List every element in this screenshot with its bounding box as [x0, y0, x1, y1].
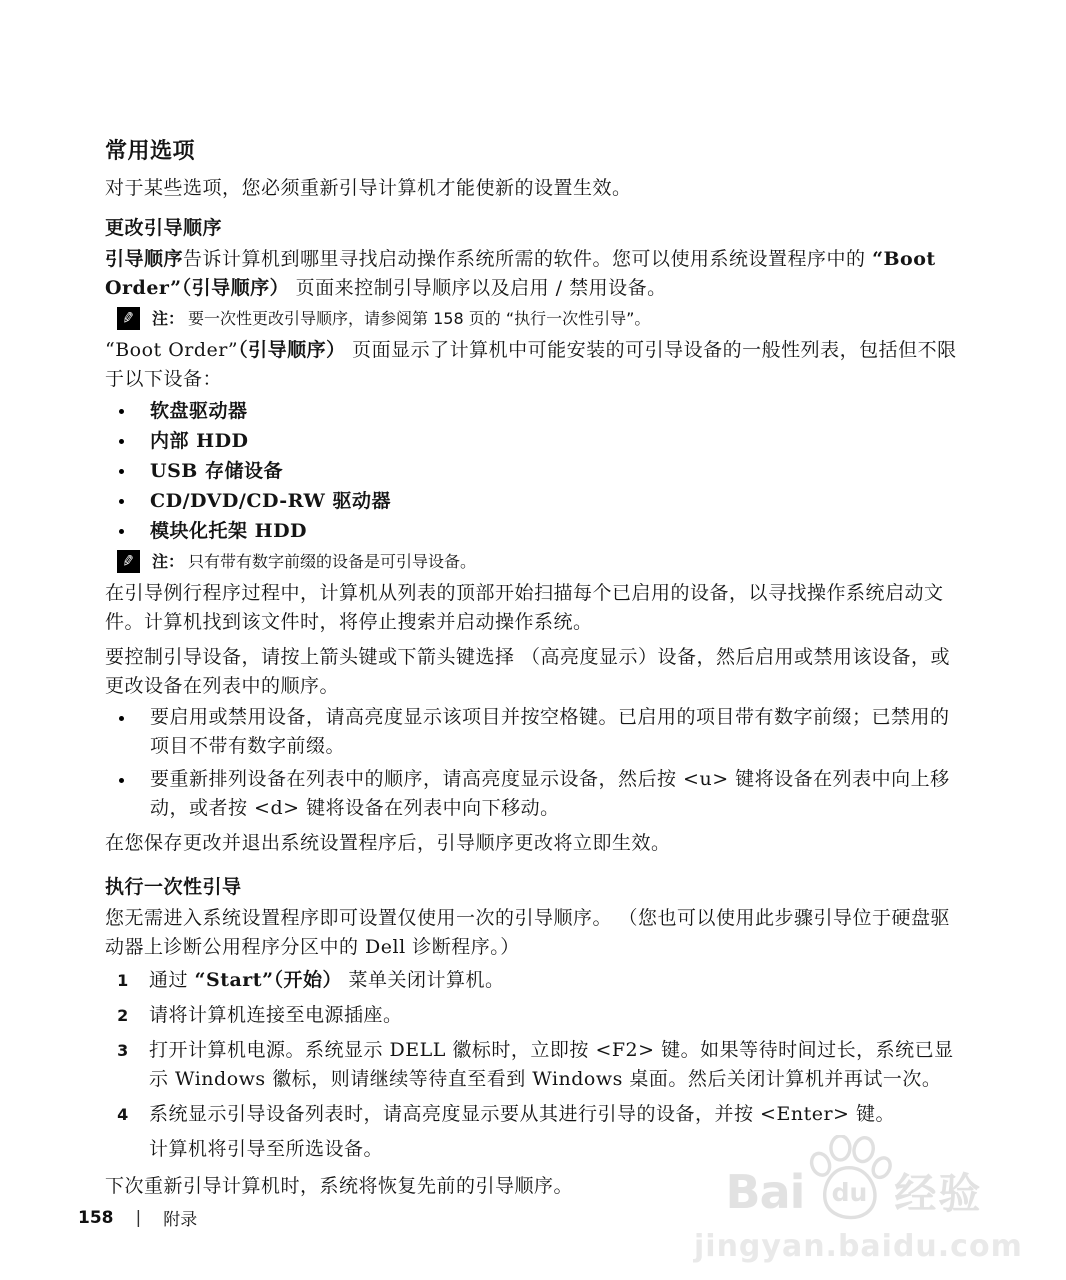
bullet-icon [119, 499, 124, 504]
device-label: 模块化托架 HDD [150, 516, 307, 546]
bullet-icon [119, 778, 124, 783]
watermark-du-text: du [832, 1180, 868, 1205]
section-title-common-options: 常用选项 [105, 140, 966, 164]
device-label: 内部 HDD [150, 426, 249, 456]
device-list-item: CD/DVD/CD-RW 驱动器 [105, 486, 966, 516]
boot-control-tips: 要启用或禁用设备，请高亮度显示该项目并按空格键。已启用的项目带有数字前缀；已禁用… [105, 703, 966, 823]
device-list-item: USB 存储设备 [105, 456, 966, 486]
baidu-jingyan-watermark: Bai du 经验 jingyan.baidu.com [694, 1135, 1014, 1264]
text-run: 通过 [149, 969, 195, 991]
note-label: 注： [152, 309, 184, 328]
bullet-icon [119, 439, 124, 444]
device-list-item: 内部 HDD [105, 426, 966, 456]
device-label: USB 存储设备 [150, 456, 283, 486]
watermark-url-text: jingyan.baidu.com [694, 1229, 1014, 1264]
page-footer: 158 | 附录 [78, 1205, 197, 1230]
boot-order-paragraph-5: 在您保存更改并退出系统设置程序后，引导顺序更改将立即生效。 [105, 829, 966, 858]
boot-order-paragraph-3: 在引导例行程序过程中，计算机从列表的顶部开始扫描每个已启用的设备，以寻找操作系统… [105, 579, 966, 637]
text-run: （引导顺序） [238, 339, 346, 361]
text-run: 菜单关闭计算机。 [342, 969, 505, 991]
device-label: 软盘驱动器 [150, 396, 248, 426]
subsection-title-change-boot-order: 更改引导顺序 [105, 217, 966, 239]
pencil-glyph: ✎ [121, 310, 136, 327]
bullet-icon [119, 409, 124, 414]
note-pencil-icon: ✎ [117, 550, 140, 573]
step-item: 2 请将计算机连接至电源插座。 [105, 1001, 966, 1030]
step-item: 3 打开计算机电源。系统显示 DELL 徽标时，立即按 <F2> 键。如果等待时… [105, 1036, 966, 1094]
device-list-item: 软盘驱动器 [105, 396, 966, 426]
watermark-bai-text: Bai [726, 1169, 805, 1215]
step-text: 请将计算机连接至电源插座。 [149, 1001, 403, 1030]
pencil-glyph: ✎ [121, 553, 136, 570]
text-run: 引导顺序 [105, 248, 183, 270]
step-text: 系统显示引导设备列表时，请高亮度显示要从其进行引导的设备，并按 <Enter> … [149, 1100, 895, 1129]
step-item: 1 通过 “Start”（开始） 菜单关闭计算机。 [105, 966, 966, 995]
tip-list-item: 要重新排列设备在列表中的顺序，请高亮度显示设备，然后按 <u> 键将设备在列表中… [105, 765, 966, 823]
boot-device-list: 软盘驱动器 内部 HDD USB 存储设备 CD/DVD/CD-RW 驱动器 模… [105, 396, 966, 546]
bullet-icon [119, 469, 124, 474]
step-number: 3 [113, 1036, 133, 1094]
tip-list-item: 要启用或禁用设备，请高亮度显示该项目并按空格键。已启用的项目带有数字前缀；已禁用… [105, 703, 966, 761]
subsection-title-one-time-boot: 执行一次性引导 [105, 876, 966, 898]
step-number: 2 [113, 1001, 133, 1030]
page-number: 158 [78, 1208, 114, 1228]
note-text: 只有带有数字前缀的设备是可引导设备。 [188, 552, 476, 571]
boot-order-paragraph-2: “Boot Order”（引导顺序） 页面显示了计算机中可能安装的可引导设备的一… [105, 336, 966, 394]
watermark-logo-row: Bai du 经验 [694, 1135, 1014, 1215]
device-label: CD/DVD/CD-RW 驱动器 [150, 486, 391, 516]
note-text-wrap: 注：只有带有数字前缀的设备是可引导设备。 [152, 549, 476, 575]
step-text: 通过 “Start”（开始） 菜单关闭计算机。 [149, 966, 505, 995]
common-options-intro: 对于某些选项，您必须重新引导计算机才能使新的设置生效。 [105, 174, 966, 203]
text-run: （引导顺序） [182, 277, 290, 299]
watermark-jingyan-text: 经验 [894, 1173, 982, 1215]
page-content: 常用选项 对于某些选项，您必须重新引导计算机才能使新的设置生效。 更改引导顺序 … [0, 0, 1066, 1201]
text-run: 告诉计算机到哪里寻找启动操作系统所需的软件。您可以使用系统设置程序中的 [183, 248, 872, 270]
device-list-item: 模块化托架 HDD [105, 516, 966, 546]
baidu-paw-icon: du [806, 1135, 892, 1221]
bullet-icon [119, 529, 124, 534]
note-change-boot-order: ✎ 注：要一次性更改引导顺序，请参阅第 158 页的 “执行一次性引导”。 [117, 306, 966, 332]
boot-order-paragraph-4: 要控制引导设备，请按上箭头键或下箭头键选择 （高亮度显示）设备，然后启用或禁用该… [105, 643, 966, 701]
note-pencil-icon: ✎ [117, 307, 140, 330]
one-time-boot-paragraph-1: 您无需进入系统设置程序即可设置仅使用一次的引导顺序。 （您也可以使用此步骤引导位… [105, 904, 966, 962]
tip-text: 要重新排列设备在列表中的顺序，请高亮度显示设备，然后按 <u> 键将设备在列表中… [150, 765, 966, 823]
text-run: “Boot Order” [105, 339, 238, 361]
one-time-boot-steps: 1 通过 “Start”（开始） 菜单关闭计算机。 2 请将计算机连接至电源插座… [105, 966, 966, 1129]
boot-order-paragraph-1: 引导顺序告诉计算机到哪里寻找启动操作系统所需的软件。您可以使用系统设置程序中的 … [105, 245, 966, 303]
note-bootable-devices: ✎ 注：只有带有数字前缀的设备是可引导设备。 [117, 549, 966, 575]
footer-separator: | [136, 1208, 142, 1228]
footer-section-label: 附录 [163, 1205, 197, 1230]
step-item: 4 系统显示引导设备列表时，请高亮度显示要从其进行引导的设备，并按 <Enter… [105, 1100, 966, 1129]
manual-page: 常用选项 对于某些选项，您必须重新引导计算机才能使新的设置生效。 更改引导顺序 … [0, 0, 1066, 1280]
step-number: 1 [113, 966, 133, 995]
step-text: 打开计算机电源。系统显示 DELL 徽标时，立即按 <F2> 键。如果等待时间过… [149, 1036, 966, 1094]
note-text-wrap: 注：要一次性更改引导顺序，请参阅第 158 页的 “执行一次性引导”。 [152, 306, 650, 332]
note-label: 注： [152, 552, 184, 571]
text-run: 页面来控制引导顺序以及启用 / 禁用设备。 [289, 277, 667, 299]
bullet-icon [119, 716, 124, 721]
text-run: “Start”（开始） [195, 969, 342, 991]
step-number: 4 [113, 1100, 133, 1129]
tip-text: 要启用或禁用设备，请高亮度显示该项目并按空格键。已启用的项目带有数字前缀；已禁用… [150, 703, 966, 761]
note-text: 要一次性更改引导顺序，请参阅第 158 页的 “执行一次性引导”。 [188, 309, 650, 328]
